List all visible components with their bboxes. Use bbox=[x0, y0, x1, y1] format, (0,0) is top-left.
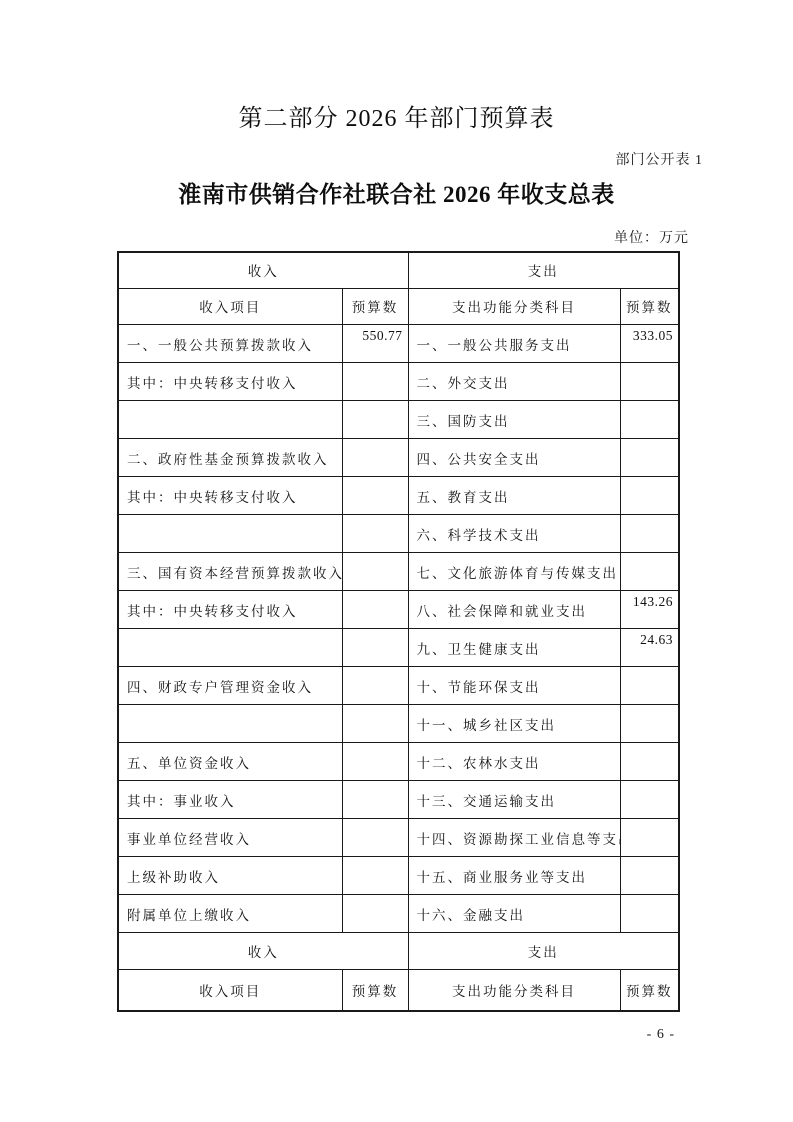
expense-item-column-header-repeat: 支出功能分类科目 bbox=[408, 969, 620, 1011]
section-header-row: 收入 支出 bbox=[118, 252, 679, 288]
expense-budget-cell bbox=[620, 514, 679, 552]
expense-item-cell: 十二、农林水支出 bbox=[408, 742, 620, 780]
page-number: - 6 - bbox=[647, 1027, 675, 1043]
income-item-cell: 其中：事业收入 bbox=[118, 780, 342, 818]
income-budget-cell bbox=[342, 628, 408, 666]
income-budget-column-header: 预算数 bbox=[342, 288, 408, 324]
table-row: 其中：中央转移支付收入 八、社会保障和就业支出 143.26 bbox=[118, 590, 679, 628]
expense-item-cell: 十四、资源勘探工业信息等支出 bbox=[408, 818, 620, 856]
expense-item-cell: 七、文化旅游体育与传媒支出 bbox=[408, 552, 620, 590]
expense-item-cell: 九、卫生健康支出 bbox=[408, 628, 620, 666]
part-title: 第二部分 2026 年部门预算表 bbox=[0, 98, 793, 133]
income-budget-cell: 550.77 bbox=[342, 324, 408, 362]
expense-item-column-header: 支出功能分类科目 bbox=[408, 288, 620, 324]
expense-item-cell: 八、社会保障和就业支出 bbox=[408, 590, 620, 628]
income-item-cell: 事业单位经营收入 bbox=[118, 818, 342, 856]
table-row: 十一、城乡社区支出 bbox=[118, 704, 679, 742]
expense-item-cell: 十、节能环保支出 bbox=[408, 666, 620, 704]
income-budget-cell bbox=[342, 704, 408, 742]
expense-budget-cell: 333.05 bbox=[620, 324, 679, 362]
income-budget-cell bbox=[342, 894, 408, 932]
expense-budget-cell bbox=[620, 894, 679, 932]
income-budget-cell bbox=[342, 666, 408, 704]
expense-budget-cell bbox=[620, 666, 679, 704]
column-header-row-repeat: 收入项目 预算数 支出功能分类科目 预算数 bbox=[118, 969, 679, 1011]
expense-budget-column-header-repeat: 预算数 bbox=[620, 969, 679, 1011]
table-row: 一、一般公共预算拨款收入 550.77 一、一般公共服务支出 333.05 bbox=[118, 324, 679, 362]
income-item-cell: 其中：中央转移支付收入 bbox=[118, 590, 342, 628]
expense-budget-cell bbox=[620, 704, 679, 742]
income-budget-cell bbox=[342, 514, 408, 552]
expense-item-cell: 六、科学技术支出 bbox=[408, 514, 620, 552]
table-row: 上级补助收入 十五、商业服务业等支出 bbox=[118, 856, 679, 894]
table-row: 五、单位资金收入 十二、农林水支出 bbox=[118, 742, 679, 780]
income-item-column-header: 收入项目 bbox=[118, 288, 342, 324]
table-row: 三、国有资本经营预算拨款收入 七、文化旅游体育与传媒支出 bbox=[118, 552, 679, 590]
expense-budget-cell bbox=[620, 400, 679, 438]
income-item-cell bbox=[118, 704, 342, 742]
income-budget-cell bbox=[342, 590, 408, 628]
income-budget-cell bbox=[342, 552, 408, 590]
table-row: 六、科学技术支出 bbox=[118, 514, 679, 552]
income-item-cell bbox=[118, 400, 342, 438]
expense-budget-cell bbox=[620, 438, 679, 476]
table-row: 二、政府性基金预算拨款收入 四、公共安全支出 bbox=[118, 438, 679, 476]
expense-item-cell: 一、一般公共服务支出 bbox=[408, 324, 620, 362]
public-table-label: 部门公开表 1 bbox=[616, 149, 704, 169]
expense-budget-column-header: 预算数 bbox=[620, 288, 679, 324]
expense-item-cell: 二、外交支出 bbox=[408, 362, 620, 400]
table-row: 四、财政专户管理资金收入 十、节能环保支出 bbox=[118, 666, 679, 704]
unit-label: 单位：万元 bbox=[614, 227, 689, 247]
expense-item-cell: 十三、交通运输支出 bbox=[408, 780, 620, 818]
income-budget-cell bbox=[342, 400, 408, 438]
expense-item-cell: 十六、金融支出 bbox=[408, 894, 620, 932]
income-budget-cell bbox=[342, 742, 408, 780]
income-budget-cell bbox=[342, 438, 408, 476]
income-item-cell: 其中：中央转移支付收入 bbox=[118, 476, 342, 514]
expense-budget-cell bbox=[620, 552, 679, 590]
income-budget-cell bbox=[342, 818, 408, 856]
income-item-cell: 上级补助收入 bbox=[118, 856, 342, 894]
income-budget-column-header-repeat: 预算数 bbox=[342, 969, 408, 1011]
table-row: 事业单位经营收入 十四、资源勘探工业信息等支出 bbox=[118, 818, 679, 856]
table-row: 九、卫生健康支出 24.63 bbox=[118, 628, 679, 666]
income-item-cell: 附属单位上缴收入 bbox=[118, 894, 342, 932]
expense-item-cell: 十五、商业服务业等支出 bbox=[408, 856, 620, 894]
income-item-cell: 其中：中央转移支付收入 bbox=[118, 362, 342, 400]
expense-budget-cell: 143.26 bbox=[620, 590, 679, 628]
expense-section-header-repeat: 支出 bbox=[408, 932, 679, 969]
table-title: 淮南市供销合作社联合社 2026 年收支总表 bbox=[0, 176, 793, 209]
column-header-row: 收入项目 预算数 支出功能分类科目 预算数 bbox=[118, 288, 679, 324]
expense-item-cell: 五、教育支出 bbox=[408, 476, 620, 514]
income-item-cell: 五、单位资金收入 bbox=[118, 742, 342, 780]
income-item-column-header-repeat: 收入项目 bbox=[118, 969, 342, 1011]
expense-budget-cell bbox=[620, 476, 679, 514]
income-budget-cell bbox=[342, 362, 408, 400]
income-item-cell: 三、国有资本经营预算拨款收入 bbox=[118, 552, 342, 590]
expense-budget-cell bbox=[620, 362, 679, 400]
expense-item-cell: 四、公共安全支出 bbox=[408, 438, 620, 476]
section-header-row-repeat: 收入 支出 bbox=[118, 932, 679, 969]
income-item-cell: 四、财政专户管理资金收入 bbox=[118, 666, 342, 704]
document-page: 第二部分 2026 年部门预算表 部门公开表 1 淮南市供销合作社联合社 202… bbox=[0, 0, 793, 1122]
table-row: 三、国防支出 bbox=[118, 400, 679, 438]
expense-budget-cell bbox=[620, 856, 679, 894]
table-row: 附属单位上缴收入 十六、金融支出 bbox=[118, 894, 679, 932]
income-budget-cell bbox=[342, 780, 408, 818]
income-section-header: 收入 bbox=[118, 252, 408, 288]
income-item-cell: 一、一般公共预算拨款收入 bbox=[118, 324, 342, 362]
table-row: 其中：中央转移支付收入 五、教育支出 bbox=[118, 476, 679, 514]
income-expense-summary-table: 收入 支出 收入项目 预算数 支出功能分类科目 预算数 一、一般公共预算拨款收入… bbox=[117, 251, 680, 1012]
expense-budget-cell bbox=[620, 780, 679, 818]
income-budget-cell bbox=[342, 856, 408, 894]
expense-section-header: 支出 bbox=[408, 252, 679, 288]
income-section-header-repeat: 收入 bbox=[118, 932, 408, 969]
income-item-cell bbox=[118, 628, 342, 666]
expense-budget-cell: 24.63 bbox=[620, 628, 679, 666]
income-item-cell bbox=[118, 514, 342, 552]
expense-item-cell: 三、国防支出 bbox=[408, 400, 620, 438]
table-row: 其中：中央转移支付收入 二、外交支出 bbox=[118, 362, 679, 400]
income-budget-cell bbox=[342, 476, 408, 514]
table-row: 其中：事业收入 十三、交通运输支出 bbox=[118, 780, 679, 818]
income-item-cell: 二、政府性基金预算拨款收入 bbox=[118, 438, 342, 476]
expense-budget-cell bbox=[620, 742, 679, 780]
expense-budget-cell bbox=[620, 818, 679, 856]
expense-item-cell: 十一、城乡社区支出 bbox=[408, 704, 620, 742]
